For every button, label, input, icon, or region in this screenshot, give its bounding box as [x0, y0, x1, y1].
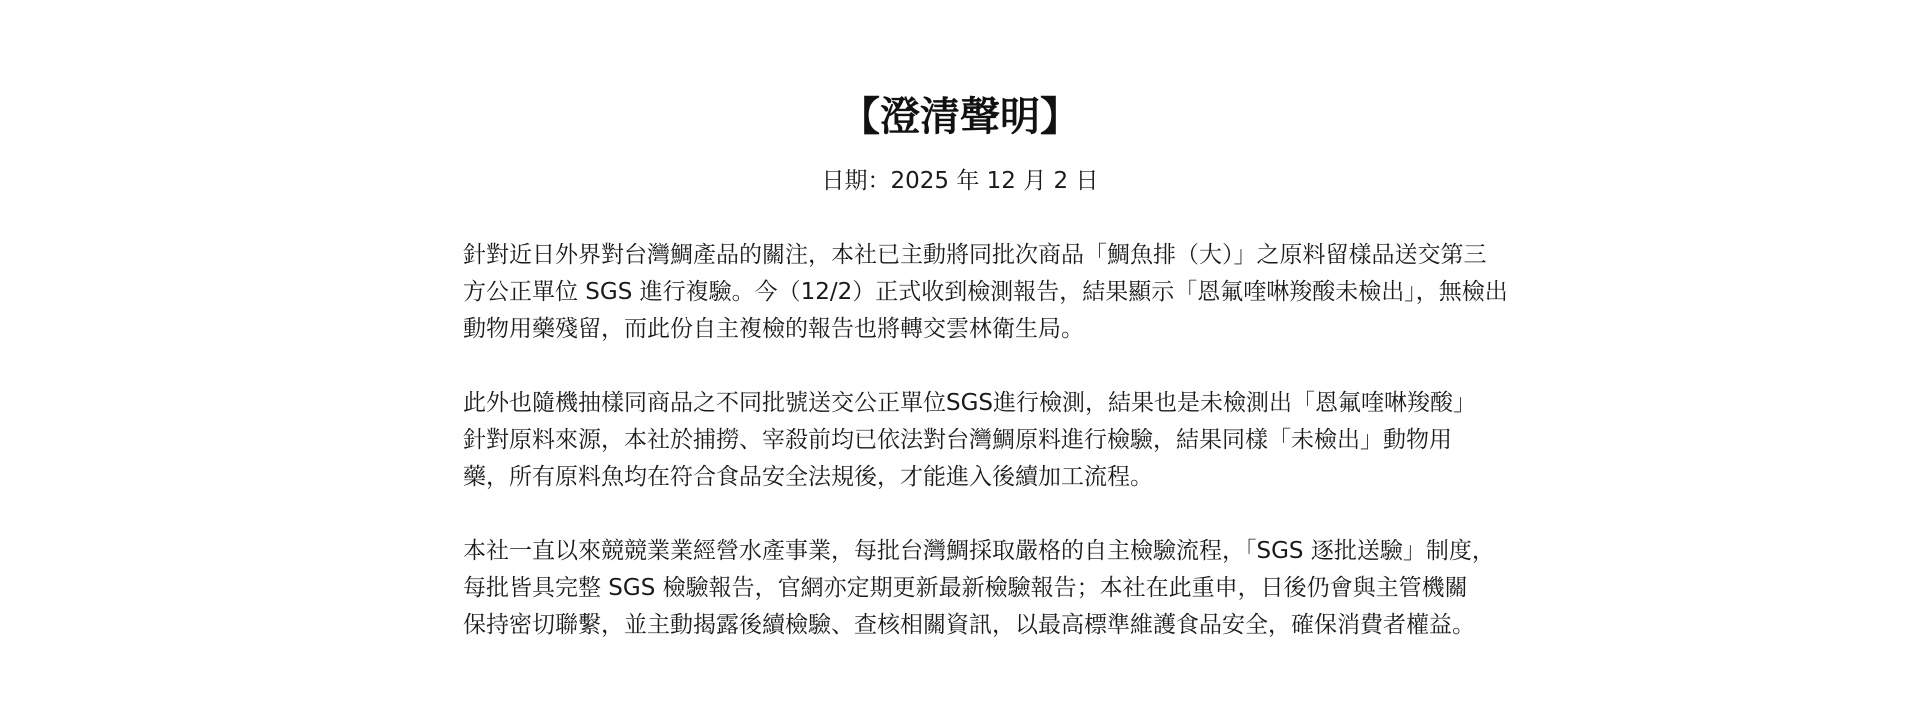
paragraph-line: 方公正單位 SGS 進行複驗。今（12/2）正式收到檢測報告，結果顯示「恩氟喹啉… — [463, 274, 1563, 311]
paragraph-line: 藥，所有原料魚均在符合食品安全法規後，才能進入後續加工流程。 — [463, 459, 1563, 496]
paragraph-line: 針對原料來源，本社於捕撈、宰殺前均已依法對台灣鯛原料進行檢驗，結果同樣「未檢出」… — [463, 422, 1563, 459]
paragraph-line: 動物用藥殘留，而此份自主複檢的報告也將轉交雲林衛生局。 — [463, 311, 1563, 348]
paragraph-line: 保持密切聯繫，並主動揭露後續檢驗、查核相關資訊，以最高標準維護食品安全，確保消費… — [463, 607, 1563, 644]
document-date: 日期：2025 年 12 月 2 日 — [0, 166, 1920, 196]
paragraph-company-commitment: 本社一直以來競競業業經營水產事業，每批台灣鯛採取嚴格的自主檢驗流程，「SGS 逐… — [463, 533, 1563, 644]
paragraph-line: 每批皆具完整 SGS 檢驗報告，官網亦定期更新最新檢驗報告；本社在此重申，日後仍… — [463, 570, 1563, 607]
paragraph-line: 此外也隨機抽樣同商品之不同批號送交公正單位SGS進行檢測，結果也是未檢測出「恩氟… — [463, 385, 1563, 422]
paragraph-random-sampling: 此外也隨機抽樣同商品之不同批號送交公正單位SGS進行檢測，結果也是未檢測出「恩氟… — [463, 385, 1563, 496]
document-title: 【澄清聲明】 — [0, 92, 1920, 142]
paragraph-line: 針對近日外界對台灣鯛產品的關注，本社已主動將同批次商品「鯛魚排（大）」之原料留樣… — [463, 237, 1563, 274]
document-body: 針對近日外界對台灣鯛產品的關注，本社已主動將同批次商品「鯛魚排（大）」之原料留樣… — [463, 237, 1563, 681]
paragraph-sgs-retest: 針對近日外界對台灣鯛產品的關注，本社已主動將同批次商品「鯛魚排（大）」之原料留樣… — [463, 237, 1563, 348]
paragraph-line: 本社一直以來競競業業經營水產事業，每批台灣鯛採取嚴格的自主檢驗流程，「SGS 逐… — [463, 533, 1563, 570]
clarification-statement-document: 【澄清聲明】 日期：2025 年 12 月 2 日 針對近日外界對台灣鯛產品的關… — [0, 0, 1920, 720]
